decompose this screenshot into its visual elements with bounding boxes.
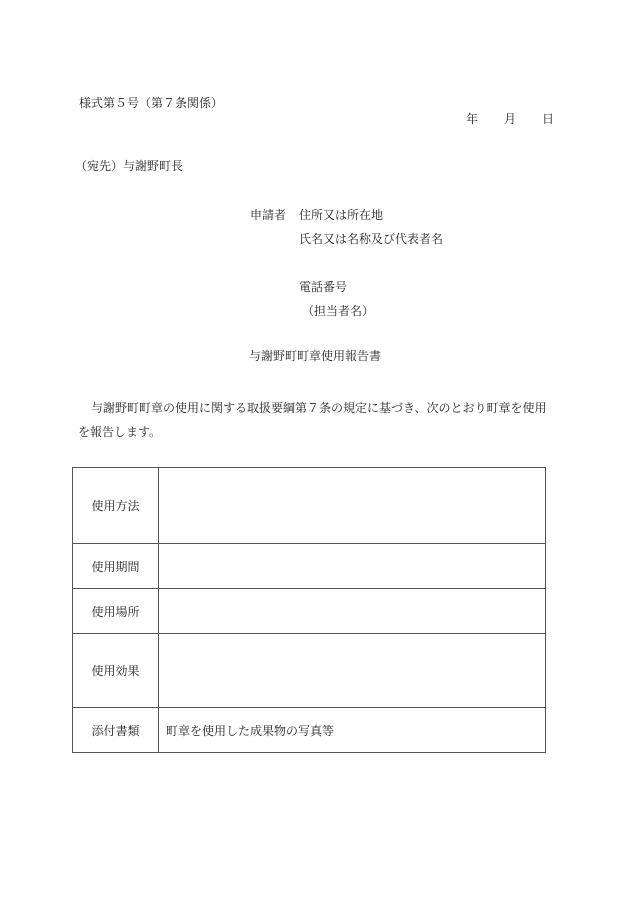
report-table: 使用方法 使用期間 使用場所 使用効果 添付書類 町章を使用した成果物の写真等 [72, 467, 546, 753]
body-line-1: 与謝野町町章の使用に関する取扱要綱第７条の規定に基づき、次のとおり町章を使用 [79, 396, 559, 420]
table-row: 使用場所 [73, 589, 546, 634]
addressee: （宛先）与謝野町長 [75, 158, 183, 174]
row-value-usage-location[interactable] [159, 589, 546, 634]
table-row: 使用効果 [73, 634, 546, 708]
applicant-name-field: 氏名又は名称及び代表者名 [299, 231, 443, 247]
table-row: 使用方法 [73, 468, 546, 544]
row-label-usage-method: 使用方法 [73, 468, 159, 544]
applicant-contact-person-field: （担当者名） [302, 303, 374, 319]
document-title: 与謝野町町章使用報告書 [249, 348, 381, 364]
row-value-attachments: 町章を使用した成果物の写真等 [159, 708, 546, 753]
day-label: 日 [542, 111, 554, 127]
row-label-attachments: 添付書類 [73, 708, 159, 753]
row-value-usage-effect[interactable] [159, 634, 546, 708]
row-value-usage-period[interactable] [159, 544, 546, 589]
table-row: 使用期間 [73, 544, 546, 589]
date-line: 年月日 [466, 111, 554, 127]
body-line-2: を報告します。 [78, 420, 559, 444]
body-paragraph: 与謝野町町章の使用に関する取扱要綱第７条の規定に基づき、次のとおり町章を使用 を… [79, 396, 559, 444]
year-label: 年 [466, 111, 478, 127]
form-number: 様式第５号（第７条関係） [79, 95, 223, 111]
month-label: 月 [504, 111, 516, 127]
row-label-usage-location: 使用場所 [73, 589, 159, 634]
applicant-label: 申請者 [250, 207, 286, 223]
applicant-phone-field: 電話番号 [299, 279, 347, 295]
row-value-usage-method[interactable] [159, 468, 546, 544]
table-row: 添付書類 町章を使用した成果物の写真等 [73, 708, 546, 753]
row-label-usage-period: 使用期間 [73, 544, 159, 589]
row-label-usage-effect: 使用効果 [73, 634, 159, 708]
applicant-address-field: 住所又は所在地 [299, 207, 383, 223]
